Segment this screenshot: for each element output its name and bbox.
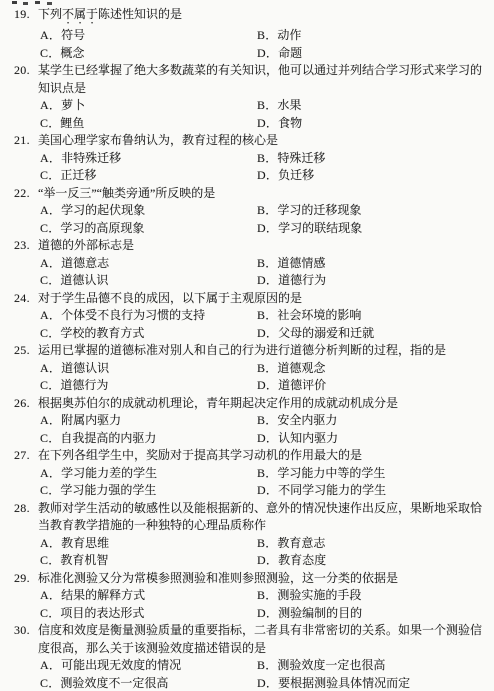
stem-line: 运用已掌握的道德标准对别人和自己的行为进行道德分析判断的过程，指的是 <box>38 342 494 360</box>
option-row: C．学习能力强的学生D．不同学习能力的学生 <box>14 482 494 500</box>
option-label: C． <box>40 378 60 392</box>
option-text: 结果的解释方式 <box>61 588 145 602</box>
question-stem-row: 26. 根据奥苏伯尔的成就动机理论，青年期起决定作用的成就动机成分是 <box>14 395 494 413</box>
option-row: C．自我提高的内驱力D．认知内驱力 <box>14 430 494 448</box>
stem-text-part: 下列 <box>38 7 62 21</box>
option-label: A． <box>40 308 61 322</box>
option-text: 学校的教育方式 <box>60 326 144 340</box>
option-label: B． <box>257 413 277 427</box>
question-stem: 美国心理学家布鲁纳认为，教育过程的核心是 <box>38 132 494 150</box>
option-row: C．学习的高原现象D．学习的联结现象 <box>14 220 494 238</box>
option-label: A． <box>40 28 61 42</box>
option-c: C．道德行为 <box>40 377 257 395</box>
question-list: 19. 下列不属于陈述性知识的是 A．符号B．动作C．概念D．命题 20. 某学… <box>14 6 494 691</box>
question-stem-row: 30. 信度和效度是衡量测验质量的重要指标，二者具有非常密切的关系。如果一个测验… <box>14 622 494 657</box>
question-stem: 运用已掌握的道德标准对别人和自己的行为进行道德分析判断的过程，指的是 <box>38 342 494 360</box>
option-b: B．安全内驱力 <box>257 412 494 430</box>
option-a: A．非特殊迁移 <box>40 150 257 168</box>
question-stem-row: 22. “举一反三”“触类旁通”所反映的是 <box>14 185 494 203</box>
option-text: 个体受不良行为习惯的支持 <box>61 308 205 322</box>
option-text: 测验编制的目的 <box>278 606 362 620</box>
option-label: C． <box>40 46 60 60</box>
option-d: D．食物 <box>257 115 494 133</box>
question-options: A．道德意志B．道德情感C．道德认识D．道德行为 <box>14 255 494 290</box>
question-stem-row: 23. 道德的外部标志是 <box>14 237 494 255</box>
question-item: 25. 运用已掌握的道德标准对别人和自己的行为进行道德分析判断的过程，指的是 A… <box>14 342 494 395</box>
option-a: A．道德认识 <box>40 360 257 378</box>
question-number: 23. <box>14 237 38 255</box>
option-text: 道德认识 <box>61 361 109 375</box>
option-text: 非特殊迁移 <box>61 151 121 165</box>
option-d: D．要根据测验具体情况而定 <box>257 675 494 691</box>
option-label: B． <box>257 256 277 270</box>
option-text: 教育态度 <box>278 553 326 567</box>
option-label: D． <box>257 273 278 287</box>
option-text: 学习的起伏现象 <box>61 203 145 217</box>
question-stem: 标准化测验又分为常模参照测验和准则参照测验，这一分类的依据是 <box>38 570 494 588</box>
question-item: 30. 信度和效度是衡量测验质量的重要指标，二者具有非常密切的关系。如果一个测验… <box>14 622 494 691</box>
option-label: D． <box>257 483 278 497</box>
option-text: 道德行为 <box>60 378 108 392</box>
question-options: A．学习的起伏现象B．学习的迁移现象C．学习的高原现象D．学习的联结现象 <box>14 202 494 237</box>
stem-line: 教师对学生活动的敏感性以及能根据新的、意外的情况快速作出反应，果断地采取恰 <box>38 500 494 518</box>
option-d: D．道德评价 <box>257 377 494 395</box>
question-number: 21. <box>14 132 38 150</box>
question-item: 19. 下列不属于陈述性知识的是 A．符号B．动作C．概念D．命题 <box>14 6 494 62</box>
option-text: 学习能力强的学生 <box>60 483 156 497</box>
question-stem: 道德的外部标志是 <box>38 237 494 255</box>
question-stem-row: 19. 下列不属于陈述性知识的是 <box>14 6 494 27</box>
question-number: 25. <box>14 342 38 360</box>
option-c: C．自我提高的内驱力 <box>40 430 257 448</box>
question-options: A．道德认识B．道德观念C．道德行为D．道德评价 <box>14 360 494 395</box>
option-a: A．结果的解释方式 <box>40 587 257 605</box>
option-label: D． <box>257 326 278 340</box>
option-text: 道德评价 <box>278 378 326 392</box>
question-item: 24. 对于学生品德不良的成因，以下属于主观原因的是 A．个体受不良行为习惯的支… <box>14 290 494 343</box>
stem-line: “举一反三”“触类旁通”所反映的是 <box>38 185 494 203</box>
option-a: A．附属内驱力 <box>40 412 257 430</box>
option-label: C． <box>40 676 60 690</box>
option-b: B．水果 <box>257 97 494 115</box>
option-d: D．道德行为 <box>257 272 494 290</box>
option-row: C．学校的教育方式D．父母的溺爱和迁就 <box>14 325 494 343</box>
option-text: 教育思维 <box>61 536 109 550</box>
question-stem: “举一反三”“触类旁通”所反映的是 <box>38 185 494 203</box>
option-label: B． <box>257 658 277 672</box>
stem-line: 下列不属于陈述性知识的是 <box>38 6 494 27</box>
option-b: B．测验效度一定也很高 <box>257 657 494 675</box>
option-label: B． <box>257 28 277 42</box>
option-label: C． <box>40 273 60 287</box>
question-number: 20. <box>14 62 38 97</box>
question-stem-row: 24. 对于学生品德不良的成因，以下属于主观原因的是 <box>14 290 494 308</box>
option-row: A．可能出现无效度的情况B．测验效度一定也很高 <box>14 657 494 675</box>
option-text: 道德情感 <box>277 256 325 270</box>
question-stem: 教师对学生活动的敏感性以及能根据新的、意外的情况快速作出反应，果断地采取恰当教育… <box>38 500 494 535</box>
question-stem: 下列不属于陈述性知识的是 <box>38 6 494 27</box>
option-b: B．教育意志 <box>257 535 494 553</box>
option-text: 食物 <box>278 116 302 130</box>
option-a: A．个体受不良行为习惯的支持 <box>40 307 257 325</box>
option-label: C． <box>40 553 60 567</box>
option-row: A．萝卜B．水果 <box>14 97 494 115</box>
option-text: 符号 <box>61 28 85 42</box>
question-stem-row: 28. 教师对学生活动的敏感性以及能根据新的、意外的情况快速作出反应，果断地采取… <box>14 500 494 535</box>
option-row: C．道德认识D．道德行为 <box>14 272 494 290</box>
option-a: A．可能出现无效度的情况 <box>40 657 257 675</box>
option-label: B． <box>257 203 277 217</box>
option-text: 父母的溺爱和迁就 <box>278 326 374 340</box>
question-stem-row: 25. 运用已掌握的道德标准对别人和自己的行为进行道德分析判断的过程，指的是 <box>14 342 494 360</box>
question-stem: 对于学生品德不良的成因，以下属于主观原因的是 <box>38 290 494 308</box>
option-text: 正迁移 <box>60 168 96 182</box>
option-text: 项目的表达形式 <box>60 606 144 620</box>
option-text: 负迁移 <box>278 168 314 182</box>
question-options: A．可能出现无效度的情况B．测验效度一定也很高C．测验效度不一定很高D．要根据测… <box>14 657 494 691</box>
option-row: A．附属内驱力B．安全内驱力 <box>14 412 494 430</box>
option-label: D． <box>257 553 278 567</box>
option-d: D．不同学习能力的学生 <box>257 482 494 500</box>
option-label: B． <box>257 308 277 322</box>
stem-line: 某学生已经掌握了绝大多数蔬菜的有关知识，他可以通过并列结合学习形式来学习的 <box>38 62 494 80</box>
option-row: A．道德意志B．道德情感 <box>14 255 494 273</box>
question-item: 20. 某学生已经掌握了绝大多数蔬菜的有关知识，他可以通过并列结合学习形式来学习… <box>14 62 494 132</box>
option-c: C．概念 <box>40 45 257 63</box>
stem-emphasized-text: 不属于 <box>62 7 98 21</box>
option-text: 测验实施的手段 <box>277 588 361 602</box>
option-label: A． <box>40 588 61 602</box>
option-row: C．正迁移D．负迁移 <box>14 167 494 185</box>
option-d: D．命题 <box>257 45 494 63</box>
cropped-previous-line-fragment <box>12 1 17 4</box>
question-options: A．非特殊迁移B．特殊迁移C．正迁移D．负迁移 <box>14 150 494 185</box>
option-row: A．学习能力差的学生B．学习能力中等的学生 <box>14 465 494 483</box>
option-b: B．社会环境的影响 <box>257 307 494 325</box>
option-c: C．教育机智 <box>40 552 257 570</box>
option-text: 道德行为 <box>278 273 326 287</box>
question-options: A．结果的解释方式B．测验实施的手段C．项目的表达形式D．测验编制的目的 <box>14 587 494 622</box>
option-d: D．教育态度 <box>257 552 494 570</box>
option-text: 学习的高原现象 <box>60 221 144 235</box>
option-c: C．学习的高原现象 <box>40 220 257 238</box>
option-text: 水果 <box>277 98 301 112</box>
option-text: 动作 <box>277 28 301 42</box>
question-number: 30. <box>14 622 38 657</box>
option-label: D． <box>257 378 278 392</box>
option-label: D． <box>257 606 278 620</box>
option-label: D． <box>257 221 278 235</box>
stem-text-part: 陈述性知识的是 <box>98 7 182 21</box>
question-stem-row: 29. 标准化测验又分为常模参照测验和准则参照测验，这一分类的依据是 <box>14 570 494 588</box>
option-c: C．道德认识 <box>40 272 257 290</box>
option-d: D．学习的联结现象 <box>257 220 494 238</box>
option-a: A．萝卜 <box>40 97 257 115</box>
question-item: 28. 教师对学生活动的敏感性以及能根据新的、意外的情况快速作出反应，果断地采取… <box>14 500 494 570</box>
option-row: A．教育思维B．教育意志 <box>14 535 494 553</box>
question-number: 29. <box>14 570 38 588</box>
option-a: A．学习能力差的学生 <box>40 465 257 483</box>
question-stem: 根据奥苏伯尔的成就动机理论，青年期起决定作用的成就动机成分是 <box>38 395 494 413</box>
option-a: A．教育思维 <box>40 535 257 553</box>
option-label: A． <box>40 466 61 480</box>
option-text: 附属内驱力 <box>61 413 121 427</box>
option-text: 测验效度不一定很高 <box>60 676 168 690</box>
question-options: A．附属内驱力B．安全内驱力C．自我提高的内驱力D．认知内驱力 <box>14 412 494 447</box>
question-options: A．个体受不良行为习惯的支持B．社会环境的影响C．学校的教育方式D．父母的溺爱和… <box>14 307 494 342</box>
option-row: A．学习的起伏现象B．学习的迁移现象 <box>14 202 494 220</box>
option-row: C．鲤鱼D．食物 <box>14 115 494 133</box>
option-label: D． <box>257 168 278 182</box>
option-d: D．认知内驱力 <box>257 430 494 448</box>
option-text: 道德认识 <box>60 273 108 287</box>
option-label: C． <box>40 116 60 130</box>
option-label: C． <box>40 221 60 235</box>
option-label: A． <box>40 256 61 270</box>
option-d: D．测验编制的目的 <box>257 605 494 623</box>
stem-line: 对于学生品德不良的成因，以下属于主观原因的是 <box>38 290 494 308</box>
option-label: B． <box>257 98 277 112</box>
option-b: B．学习能力中等的学生 <box>257 465 494 483</box>
option-text: 萝卜 <box>61 98 85 112</box>
stem-line: 知识点是 <box>38 80 494 98</box>
option-label: A． <box>40 361 61 375</box>
option-row: A．符号B．动作 <box>14 27 494 45</box>
option-label: C． <box>40 431 60 445</box>
question-stem: 某学生已经掌握了绝大多数蔬菜的有关知识，他可以通过并列结合学习形式来学习的知识点… <box>38 62 494 97</box>
question-number: 27. <box>14 447 38 465</box>
option-row: C．概念D．命题 <box>14 45 494 63</box>
option-b: B．测验实施的手段 <box>257 587 494 605</box>
option-text: 命题 <box>278 46 302 60</box>
option-label: C． <box>40 483 60 497</box>
option-b: B．特殊迁移 <box>257 150 494 168</box>
question-item: 22. “举一反三”“触类旁通”所反映的是 A．学习的起伏现象B．学习的迁移现象… <box>14 185 494 238</box>
option-label: D． <box>257 431 278 445</box>
option-label: B． <box>257 151 277 165</box>
option-label: C． <box>40 168 60 182</box>
option-row: A．个体受不良行为习惯的支持B．社会环境的影响 <box>14 307 494 325</box>
stem-line: 在下列各组学生中，奖励对于提高其学习动机的作用最大的是 <box>38 447 494 465</box>
option-text: 可能出现无效度的情况 <box>61 658 181 672</box>
question-options: A．萝卜B．水果C．鲤鱼D．食物 <box>14 97 494 132</box>
option-label: A． <box>40 658 61 672</box>
question-item: 21. 美国心理学家布鲁纳认为，教育过程的核心是 A．非特殊迁移B．特殊迁移C．… <box>14 132 494 185</box>
option-text: 测验效度一定也很高 <box>277 658 385 672</box>
option-a: A．道德意志 <box>40 255 257 273</box>
option-row: C．教育机智D．教育态度 <box>14 552 494 570</box>
question-item: 29. 标准化测验又分为常模参照测验和准则参照测验，这一分类的依据是 A．结果的… <box>14 570 494 623</box>
option-text: 鲤鱼 <box>60 116 84 130</box>
question-number: 22. <box>14 185 38 203</box>
question-number: 19. <box>14 6 38 27</box>
option-label: A． <box>40 151 61 165</box>
option-text: 学习的联结现象 <box>278 221 362 235</box>
question-number: 28. <box>14 500 38 535</box>
option-text: 认知内驱力 <box>278 431 338 445</box>
option-row: A．非特殊迁移B．特殊迁移 <box>14 150 494 168</box>
option-text: 自我提高的内驱力 <box>60 431 156 445</box>
option-c: C．正迁移 <box>40 167 257 185</box>
stem-line: 根据奥苏伯尔的成就动机理论，青年期起决定作用的成就动机成分是 <box>38 395 494 413</box>
option-c: C．学校的教育方式 <box>40 325 257 343</box>
option-text: 道德观念 <box>277 361 325 375</box>
option-c: C．项目的表达形式 <box>40 605 257 623</box>
option-text: 安全内驱力 <box>277 413 337 427</box>
stem-line: 当教育教学措施的一种独特的心理品质称作 <box>38 517 494 535</box>
stem-line: 美国心理学家布鲁纳认为，教育过程的核心是 <box>38 132 494 150</box>
stem-line: 道德的外部标志是 <box>38 237 494 255</box>
option-label: B． <box>257 361 277 375</box>
option-d: D．负迁移 <box>257 167 494 185</box>
option-row: C．测验效度不一定很高D．要根据测验具体情况而定 <box>14 675 494 691</box>
question-options: A．符号B．动作C．概念D．命题 <box>14 27 494 62</box>
stem-line: 度很高，那么关于该测验效度描述错误的是 <box>38 640 494 658</box>
option-text: 特殊迁移 <box>277 151 325 165</box>
option-label: D． <box>257 46 278 60</box>
option-b: B．学习的迁移现象 <box>257 202 494 220</box>
question-stem-row: 21. 美国心理学家布鲁纳认为，教育过程的核心是 <box>14 132 494 150</box>
option-label: A． <box>40 413 61 427</box>
option-b: B．道德情感 <box>257 255 494 273</box>
option-text: 学习的迁移现象 <box>277 203 361 217</box>
stem-line: 信度和效度是衡量测验质量的重要指标，二者具有非常密切的关系。如果一个测验信 <box>38 622 494 640</box>
option-text: 道德意志 <box>61 256 109 270</box>
stem-line: 标准化测验又分为常模参照测验和准则参照测验，这一分类的依据是 <box>38 570 494 588</box>
option-label: A． <box>40 98 61 112</box>
option-d: D．父母的溺爱和迁就 <box>257 325 494 343</box>
option-b: B．动作 <box>257 27 494 45</box>
option-text: 教育意志 <box>277 536 325 550</box>
question-item: 27. 在下列各组学生中，奖励对于提高其学习动机的作用最大的是 A．学习能力差的… <box>14 447 494 500</box>
question-stem-row: 20. 某学生已经掌握了绝大多数蔬菜的有关知识，他可以通过并列结合学习形式来学习… <box>14 62 494 97</box>
option-c: C．学习能力强的学生 <box>40 482 257 500</box>
option-text: 要根据测验具体情况而定 <box>278 676 410 690</box>
option-label: B． <box>257 588 277 602</box>
question-stem: 信度和效度是衡量测验质量的重要指标，二者具有非常密切的关系。如果一个测验信度很高… <box>38 622 494 657</box>
question-stem: 在下列各组学生中，奖励对于提高其学习动机的作用最大的是 <box>38 447 494 465</box>
question-item: 26. 根据奥苏伯尔的成就动机理论，青年期起决定作用的成就动机成分是 A．附属内… <box>14 395 494 448</box>
option-text: 学习能力中等的学生 <box>277 466 385 480</box>
option-row: A．道德认识B．道德观念 <box>14 360 494 378</box>
exam-page: 19. 下列不属于陈述性知识的是 A．符号B．动作C．概念D．命题 20. 某学… <box>0 0 494 691</box>
option-a: A．符号 <box>40 27 257 45</box>
option-c: C．测验效度不一定很高 <box>40 675 257 691</box>
option-label: A． <box>40 536 61 550</box>
option-text: 社会环境的影响 <box>277 308 361 322</box>
option-row: A．结果的解释方式B．测验实施的手段 <box>14 587 494 605</box>
option-c: C．鲤鱼 <box>40 115 257 133</box>
option-label: B． <box>257 466 277 480</box>
option-b: B．道德观念 <box>257 360 494 378</box>
option-text: 学习能力差的学生 <box>61 466 157 480</box>
option-label: C． <box>40 606 60 620</box>
question-item: 23. 道德的外部标志是 A．道德意志B．道德情感C．道德认识D．道德行为 <box>14 237 494 290</box>
question-number: 26. <box>14 395 38 413</box>
option-text: 教育机智 <box>60 553 108 567</box>
option-label: A． <box>40 203 61 217</box>
option-label: D． <box>257 116 278 130</box>
option-row: C．项目的表达形式D．测验编制的目的 <box>14 605 494 623</box>
question-options: A．教育思维B．教育意志C．教育机智D．教育态度 <box>14 535 494 570</box>
question-options: A．学习能力差的学生B．学习能力中等的学生C．学习能力强的学生D．不同学习能力的… <box>14 465 494 500</box>
question-stem-row: 27. 在下列各组学生中，奖励对于提高其学习动机的作用最大的是 <box>14 447 494 465</box>
option-text: 概念 <box>60 46 84 60</box>
question-number: 24. <box>14 290 38 308</box>
option-row: C．道德行为D．道德评价 <box>14 377 494 395</box>
option-label: B． <box>257 536 277 550</box>
option-a: A．学习的起伏现象 <box>40 202 257 220</box>
option-text: 不同学习能力的学生 <box>278 483 386 497</box>
option-label: C． <box>40 326 60 340</box>
option-label: D． <box>257 676 278 690</box>
